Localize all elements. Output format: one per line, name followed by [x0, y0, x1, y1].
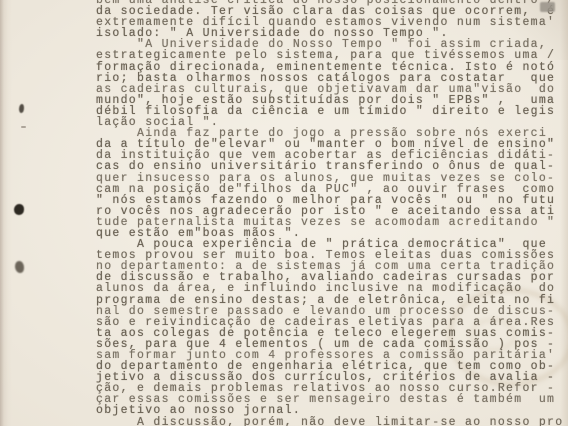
text-line: A discussão, porém, não deve limitar-se … — [96, 417, 568, 426]
text-line: no departamento: a de sistemas já com um… — [96, 261, 568, 272]
text-line: as cadeiras culturais, que objetivavam d… — [96, 84, 568, 95]
text-line: objetivo ao nosso jornal. — [96, 405, 568, 416]
corner-smudge-mark — [540, 2, 555, 12]
text-line: da instituição que vem acobertar as defi… — [96, 150, 568, 161]
text-line: programa de ensino destas; a de eletrôni… — [96, 295, 568, 306]
text-line: alunos da área, e influindo inclusive na… — [96, 283, 568, 294]
scan-edge-left — [0, 0, 12, 426]
ink-blot-mark — [14, 204, 24, 215]
text-line: çar essas comissões e ser mensageiro des… — [96, 394, 568, 405]
text-line: sam formar junto com 4 professores a com… — [96, 350, 568, 361]
text-line: tude paternalista muitas vezes se acomod… — [96, 217, 568, 228]
text-line: quer insucesso para os alunos, que muita… — [96, 173, 568, 184]
scanned-page: bem uma análise crítica do nosso posicio… — [0, 0, 568, 426]
text-line: cas do ensino universitário transferindo… — [96, 161, 568, 172]
text-line: formação direcionada, eminentemente técn… — [96, 62, 568, 73]
text-line: extremamente difícil quando estamos vive… — [96, 17, 568, 28]
text-line: cam na posição de"filhos da PUC" , ao ou… — [96, 184, 568, 195]
text-line: bem uma análise crítica do nosso posicio… — [96, 0, 568, 6]
text-line: são e reivindicação de cadeiras eletivas… — [96, 317, 568, 328]
ink-dash-mark — [21, 126, 26, 128]
text-line: Ainda faz parte do jogo a pressão sobre … — [96, 128, 568, 139]
ink-speck-mark — [19, 104, 24, 113]
typewritten-text: bem uma análise crítica do nosso posicio… — [96, 0, 568, 426]
text-line: estrategicamente pelo sistema, para que … — [96, 50, 568, 61]
ink-smudge-mark — [15, 261, 24, 273]
